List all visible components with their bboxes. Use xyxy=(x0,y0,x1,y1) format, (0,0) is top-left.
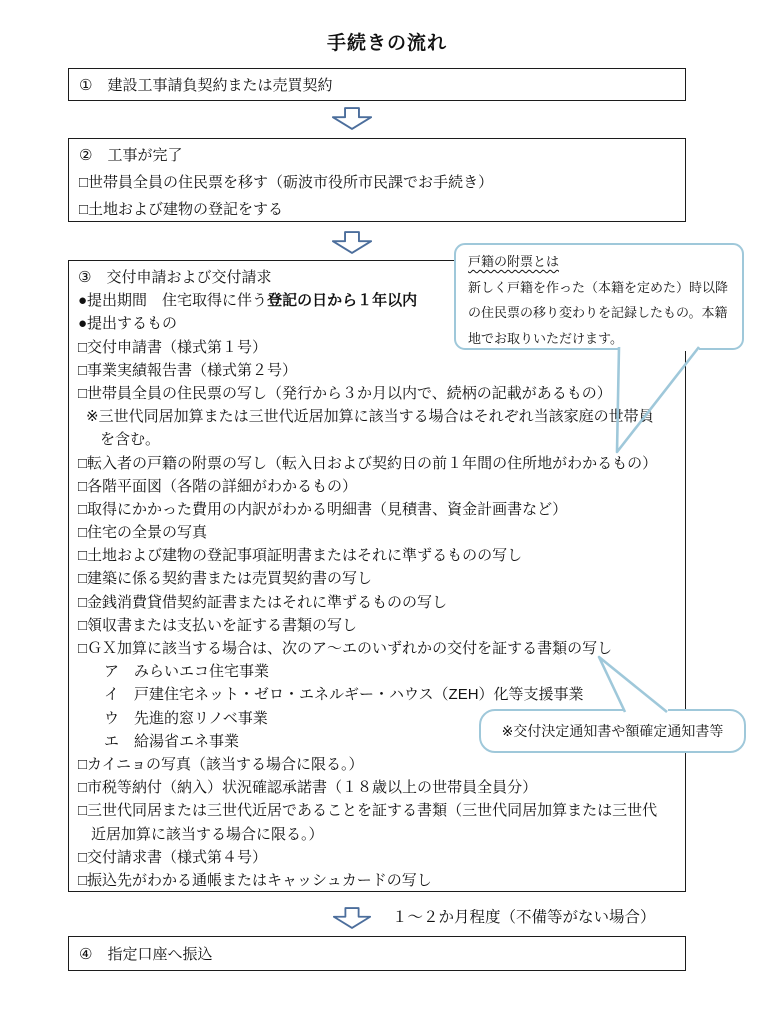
step1-box: ① 建設工事請負契約または売買契約 xyxy=(68,68,686,101)
step2-box: ② 工事が完了 □世帯員全員の住民票を移す（砺波市役所市民課でお手続き） □土地… xyxy=(68,138,686,222)
step2-heading: ② 工事が完了 xyxy=(79,142,675,169)
sub-item-a: ア みらいエコ住宅事業 xyxy=(78,660,676,683)
step4-box: ④ 指定口座へ振込 xyxy=(68,936,686,971)
processing-time-note: １～２か月程度（不備等がない場合） xyxy=(392,905,656,930)
checklist-item: □土地および建物の登記事項証明書またはそれに準ずるものの写し xyxy=(78,544,676,567)
checklist-item: □金銭消費貸借契約証書またはそれに準ずるものの写し xyxy=(78,591,676,614)
checklist-item: □カイニョの写真（該当する場合に限る。） xyxy=(78,753,676,776)
checklist-item: □取得にかかった費用の内訳がわかる明細書（見積書、資金計画書など） xyxy=(78,498,676,521)
callout-body: 新しく戸籍を作った（本籍を定めた）時以降の住民票の移り変わりを記録したもの。本籍… xyxy=(468,280,728,346)
checklist-item: □転入者の戸籍の附票の写し（転入日および契約日の前１年間の住所地がわかるもの） xyxy=(78,452,676,475)
checklist-item: □世帯員全員の住民票を移す（砺波市役所市民課でお手続き） xyxy=(79,169,675,196)
page-title: 手続きの流れ xyxy=(0,28,774,55)
step4-heading: ④ 指定口座へ振込 xyxy=(79,943,212,964)
checklist-item: □振込先がわかる通帳またはキャッシュカードの写し xyxy=(78,869,676,892)
callout-text: ※交付決定通知書や額確定通知書等 xyxy=(502,721,724,741)
checklist-item: □事業実績報告書（様式第２号） xyxy=(78,359,676,382)
down-arrow-icon xyxy=(333,906,371,930)
checklist-item: □住宅の全景の写真 xyxy=(78,521,676,544)
checklist-note: ※三世代同居加算または三世代近居加算に該当する場合はそれぞれ当該家庭の世帯員 xyxy=(78,405,676,428)
sub-item-i: イ 戸建住宅ネット・ゼロ・エネルギー・ハウス（ZEH）化等支援事業 xyxy=(78,683,676,706)
callout-title: 戸籍の附票とは xyxy=(468,249,730,275)
checklist-item: □領収書または支払いを証する書類の写し xyxy=(78,614,676,637)
checklist-item: □三世代同居または三世代近居であることを証する書類（三世代同居加算または三世代 xyxy=(78,799,676,822)
checklist-note: を含む。 xyxy=(78,428,676,451)
checklist-item: □各階平面図（各階の詳細がわかるもの） xyxy=(78,475,676,498)
checklist-item: □建築に係る契約書または売買契約書の写し xyxy=(78,567,676,590)
checklist-item: □土地および建物の登記をする xyxy=(79,196,675,223)
callout-koseki-fuhyo: 戸籍の附票とは 新しく戸籍を作った（本籍を定めた）時以降の住民票の移り変わりを記… xyxy=(454,243,744,350)
step3-box: ③ 交付申請および交付請求 ●提出期間 住宅取得に伴う登記の日から１年以内 ●提… xyxy=(68,260,686,892)
period-prefix: ●提出期間 住宅取得に伴う xyxy=(78,292,267,309)
down-arrow-icon xyxy=(332,230,372,255)
period-deadline: 登記の日から１年以内 xyxy=(267,292,417,309)
callout-kofu-docs: ※交付決定通知書や額確定通知書等 xyxy=(479,709,746,753)
checklist-item: □交付請求書（様式第４号） xyxy=(78,846,676,869)
checklist-item: □世帯員全員の住民票の写し（発行から３か月以内で、続柄の記載があるもの） xyxy=(78,382,676,405)
document-page: 手続きの流れ ① 建設工事請負契約または売買契約 ② 工事が完了 □世帯員全員の… xyxy=(0,0,774,1024)
checklist-item: □市税等納付（納入）状況確認承諾書（１８歳以上の世帯員全員分） xyxy=(78,776,676,799)
checklist-item-continued: 近居加算に該当する場合に限る。） xyxy=(78,823,676,846)
checklist-item: □ＧＸ加算に該当する場合は、次のア～エのいずれかの交付を証する書類の写し xyxy=(78,637,676,660)
down-arrow-icon xyxy=(332,106,372,131)
step1-heading: ① 建設工事請負契約または売買契約 xyxy=(79,74,332,95)
